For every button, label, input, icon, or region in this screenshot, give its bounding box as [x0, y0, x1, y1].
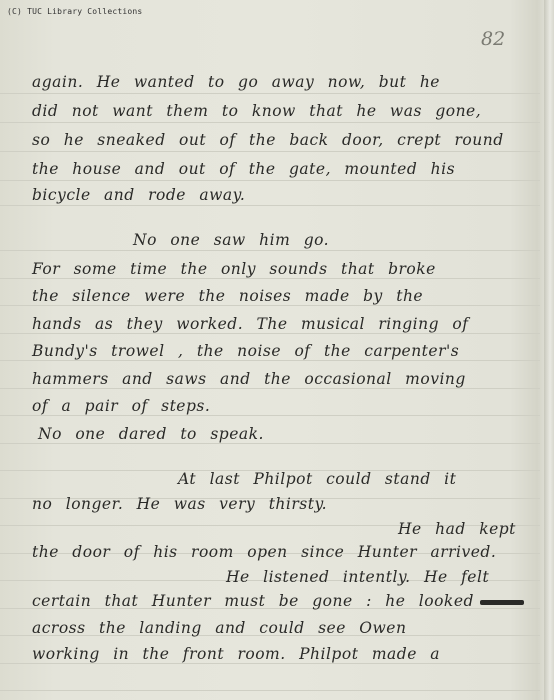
text-line: Bundy's trowel , the noise of the carpen… — [32, 342, 459, 360]
text-line: No one saw him go. — [133, 231, 329, 249]
text-line: the silence were the noises made by the — [32, 287, 423, 305]
text-line: No one dared to speak. — [38, 425, 264, 443]
ruled-line — [0, 388, 540, 389]
ruled-line — [0, 663, 540, 664]
text-line: the door of his room open since Hunter a… — [32, 543, 496, 561]
text-line: He listened intently. He felt — [226, 568, 489, 586]
text-line: of a pair of steps. — [32, 397, 210, 415]
text-line: hands as they worked. The musical ringin… — [32, 315, 469, 333]
ruled-line — [0, 690, 540, 691]
text-line: For some time the only sounds that broke — [32, 260, 436, 278]
text-line-content: certain that Hunter must be gone : he lo… — [32, 592, 474, 610]
text-line: certain that Hunter must be gone : he lo… — [32, 592, 524, 610]
copyright-notice: (C) TUC Library Collections — [7, 7, 142, 16]
page-edge — [544, 0, 554, 700]
ruled-line — [0, 278, 540, 279]
ruled-line — [0, 250, 540, 251]
struck-out-word — [480, 600, 524, 605]
ruled-line — [0, 333, 540, 334]
ruled-line — [0, 360, 540, 361]
ruled-line — [0, 205, 540, 206]
text-line: hammers and saws and the occasional movi… — [32, 370, 466, 388]
page-number: 82 — [481, 28, 505, 50]
text-line: At last Philpot could stand it — [178, 470, 456, 488]
text-line: did not want them to know that he was go… — [32, 102, 481, 120]
ruled-line — [0, 93, 540, 94]
ruled-line — [0, 180, 540, 181]
text-line: so he sneaked out of the back door, crep… — [32, 131, 504, 149]
text-line: no longer. He was very thirsty. — [32, 495, 327, 513]
text-line: the house and out of the gate, mounted h… — [32, 160, 455, 178]
ruled-line — [0, 305, 540, 306]
text-line: working in the front room. Philpot made … — [32, 645, 440, 663]
text-line: bicycle and rode away. — [32, 186, 245, 204]
text-line: across the landing and could see Owen — [32, 619, 406, 637]
text-line: again. He wanted to go away now, but he — [32, 73, 440, 91]
ruled-line — [0, 151, 540, 152]
manuscript-page: (C) TUC Library Collections 82 again. He… — [0, 0, 554, 700]
ruled-line — [0, 415, 540, 416]
ruled-line — [0, 443, 540, 444]
text-line: He had kept — [398, 520, 516, 538]
ruled-line — [0, 122, 540, 123]
